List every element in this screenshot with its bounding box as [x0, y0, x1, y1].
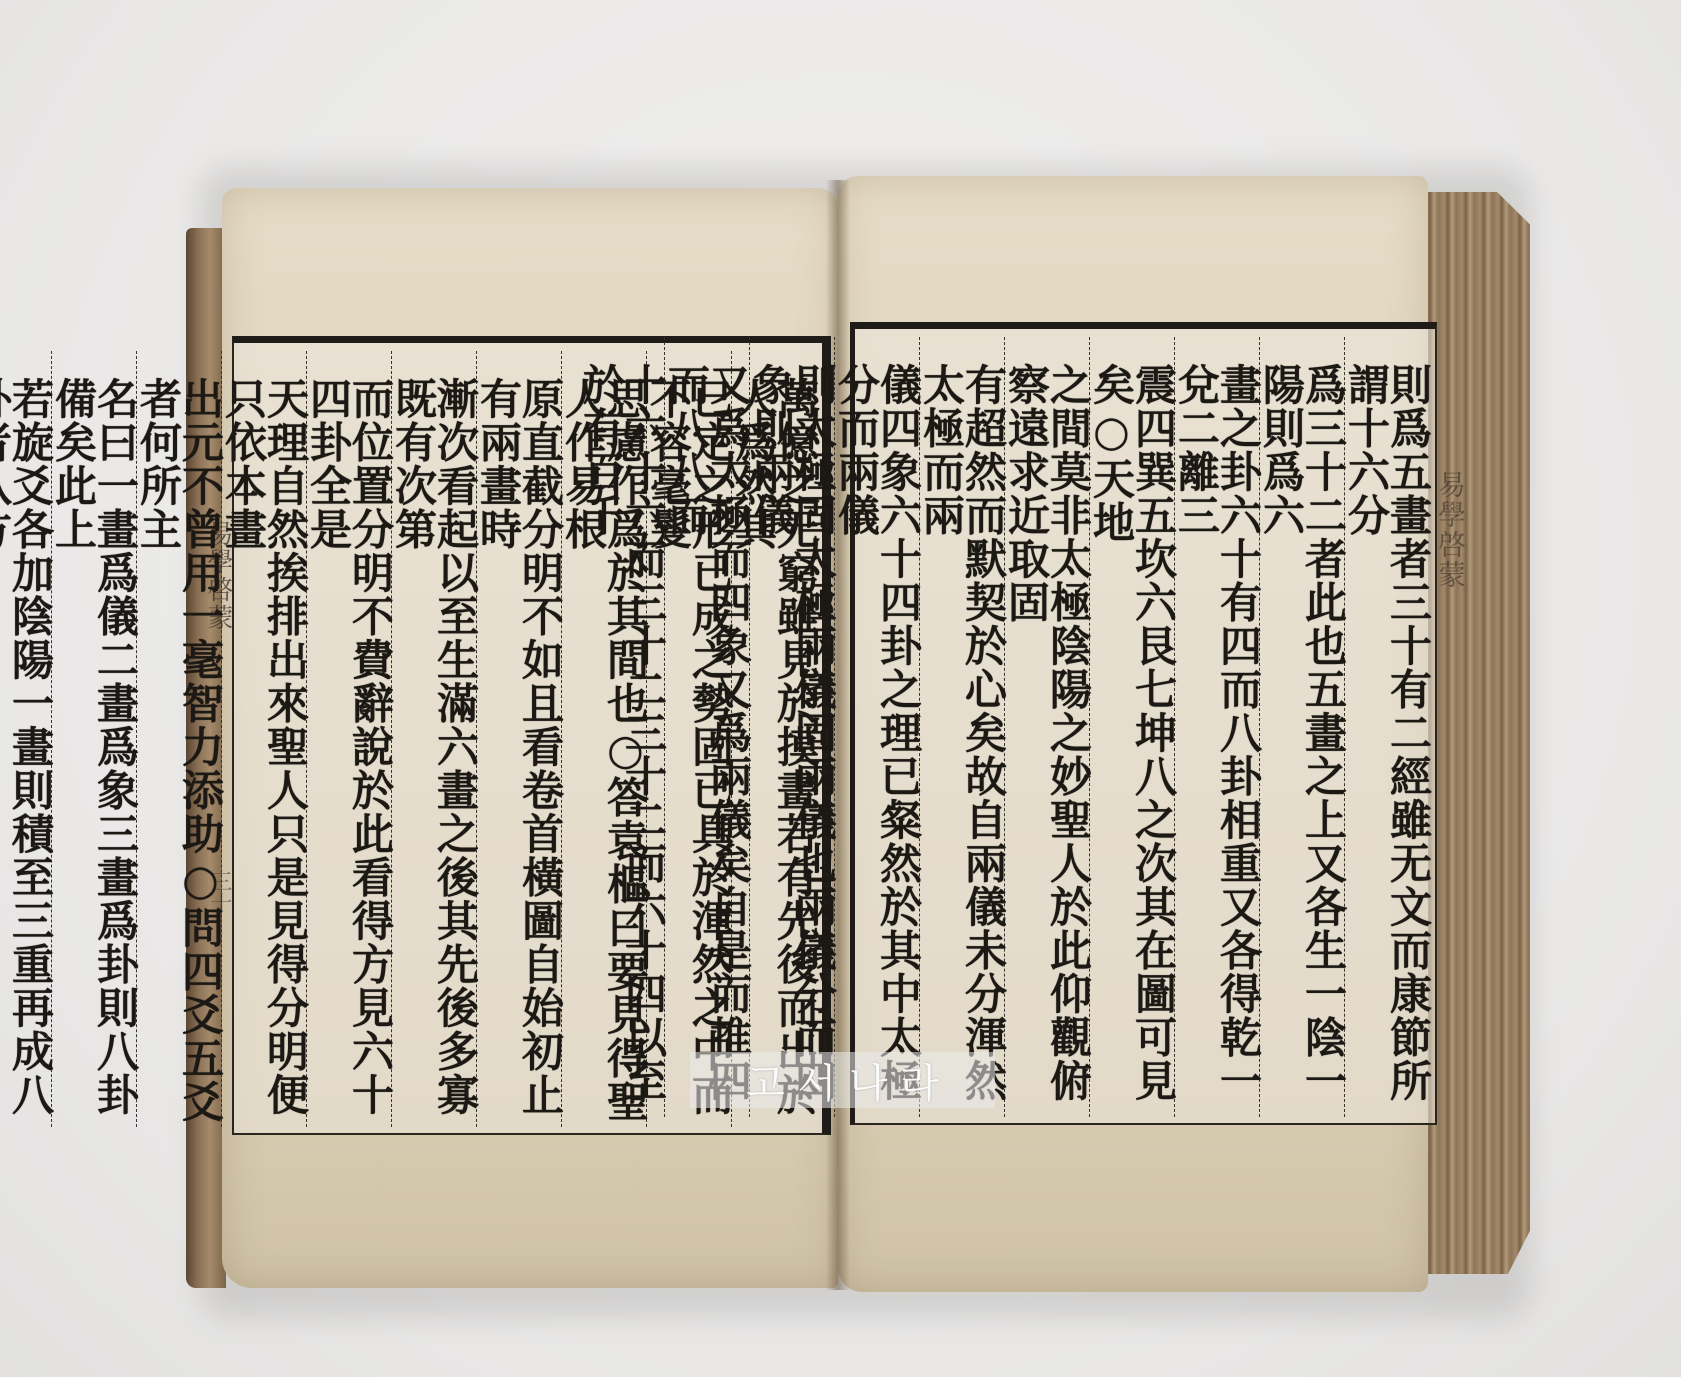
text-column: 畫之卦六十有四而八卦相重又各得乾一兌二離三	[1174, 337, 1259, 1117]
text-column: 名曰一畫爲儀二畫爲象三畫爲卦則八卦備矣此上	[51, 351, 136, 1127]
column-text: 出元不曾用一毫智力添助○問四爻五爻者何所主	[137, 377, 221, 1127]
column-text: 漸次看起以至生滿六畫之後其先後多寡既有次第	[392, 377, 476, 1127]
column-text: 而位置分明不費辭說於此看得方見六十四卦全是	[307, 377, 391, 1127]
text-column: 則太極固太極兩儀固兩儀也兩儀分而四象則兩儀	[749, 337, 834, 1117]
column-text: 儀四象六十四卦之理已粲然於其中太極分而兩儀	[835, 363, 919, 1117]
column-text: 原直截分明不如且看卷首橫圖自始初止有兩畫時	[477, 377, 561, 1127]
column-text: 則爲五畫者三十有二經雖无文而康節所謂十六分	[1345, 363, 1429, 1117]
text-column: 十六十六而三十二三十二而六十四以至於有百千	[580, 337, 664, 1117]
column-text: 畫之卦六十有四而八卦相重又各得乾一兌二離三	[1175, 363, 1259, 1117]
watermark: 고 서 나 라	[690, 1052, 995, 1108]
text-column: 漸次看起以至生滿六畫之後其先後多寡既有次第	[391, 351, 476, 1127]
column-text: 天理自然挨排出來聖人只是見得分明便只依本畫	[222, 377, 306, 1127]
text-column: 儀四象六十四卦之理已粲然於其中太極分而兩儀	[834, 337, 919, 1117]
right-columns: 則爲五畫者三十有二經雖无文而康節所謂十六分 爲三十二者此也五畫之上又各生一陰一陽…	[861, 337, 1429, 1117]
column-text: 有超然而默契於心矣故自兩儀未分渾然太極而兩	[920, 363, 1004, 1117]
text-column: 震四巽五坎六艮七坤八之次其在圖可見矣○天地	[1089, 337, 1174, 1117]
text-column: 又爲太極而四象又爲兩儀矣自是而推四而八八而	[664, 337, 749, 1117]
text-column: 天理自然挨排出來聖人只是見得分明便只依本畫	[221, 351, 306, 1127]
text-column: 出元不曾用一毫智力添助○問四爻五爻者何所主	[136, 351, 221, 1127]
column-text: 之間莫非太極陰陽之妙聖人於此仰觀俯察遠求近取固	[1005, 363, 1089, 1117]
text-column: 而位置分明不費辭說於此看得方見六十四卦全是	[306, 351, 391, 1127]
column-text: 又爲太極而四象又爲兩儀矣自是而推四而八八而	[665, 363, 749, 1117]
column-text: 震四巽五坎六艮七坤八之次其在圖可見矣○天地	[1090, 363, 1174, 1117]
text-column: 爲三十二者此也五畫之上又各生一陰一陽則爲六	[1259, 337, 1344, 1117]
column-text: 爲三十二者此也五畫之上又各生一陰一陽則爲六	[1260, 363, 1344, 1117]
column-text: 則太極固太極兩儀固兩儀也兩儀分而四象則兩儀	[750, 363, 834, 1117]
text-column: 之間莫非太極陰陽之妙聖人於此仰觀俯察遠求近取固	[1004, 337, 1089, 1117]
text-column: 則爲五畫者三十有二經雖无文而康節所謂十六分	[1344, 337, 1429, 1117]
column-text: 十六十六而三十二三十二而六十四以至於有百千	[580, 363, 664, 1117]
column-text: 若旋爻各加陰陽一畫則積至三重再成八卦者八方	[0, 377, 51, 1127]
text-column: 原直截分明不如且看卷首橫圖自始初止有兩畫時	[476, 351, 561, 1127]
column-text: 名曰一畫爲儀二畫爲象三畫爲卦則八卦備矣此上	[52, 377, 136, 1127]
text-column: 若旋爻各加陰陽一畫則積至三重再成八卦者八方	[0, 351, 51, 1127]
text-column: 有超然而默契於心矣故自兩儀未分渾然太極而兩	[919, 337, 1004, 1117]
right-text-frame: 則爲五畫者三十有二經雖无文而康節所謂十六分 爲三十二者此也五畫之上又各生一陰一陽…	[850, 322, 1437, 1125]
